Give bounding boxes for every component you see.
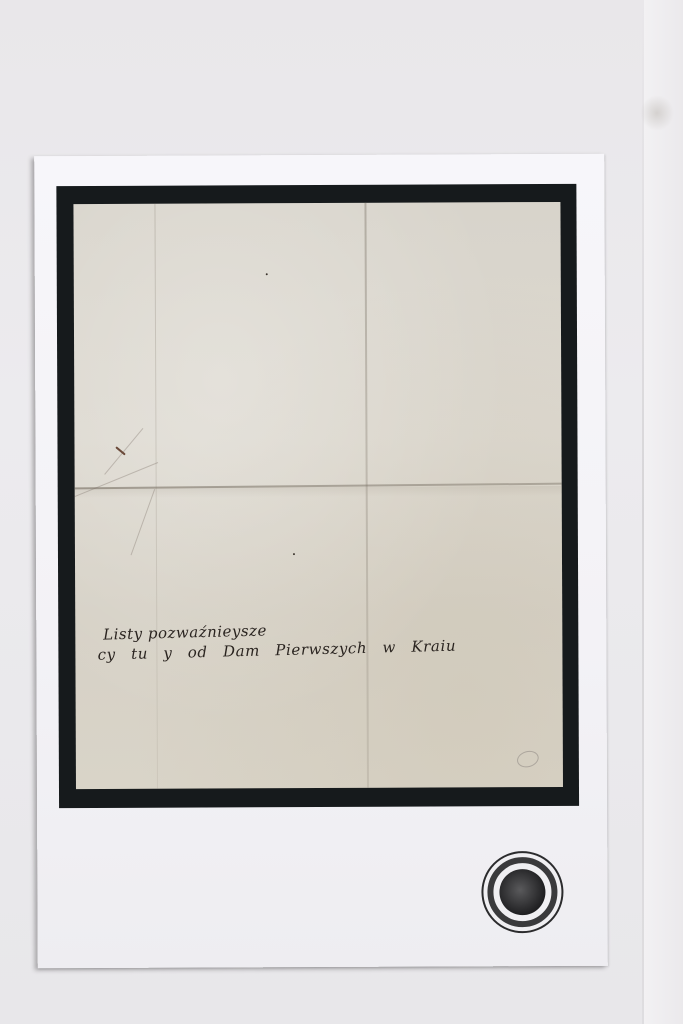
archive-seal-stamp xyxy=(481,851,563,933)
paper-crease xyxy=(131,489,156,555)
historical-letter: Listy pozwaźnieysze cy tu y od Dam Pierw… xyxy=(73,202,563,789)
handwritten-note: Listy pozwaźnieysze cy tu y od Dam Pierw… xyxy=(97,617,456,664)
seal-emblem-icon xyxy=(499,869,545,915)
ink-speck xyxy=(293,553,295,555)
black-mat-frame: Listy pozwaźnieysze cy tu y od Dam Pierw… xyxy=(56,184,579,808)
wall-corner-edge xyxy=(642,0,644,1024)
ink-speck xyxy=(266,273,268,275)
pencil-circle-mark xyxy=(515,748,540,769)
mount-board: Listy pozwaźnieysze cy tu y od Dam Pierw… xyxy=(34,154,608,968)
wall-background-right xyxy=(644,0,683,1024)
wall-stain xyxy=(640,95,674,131)
